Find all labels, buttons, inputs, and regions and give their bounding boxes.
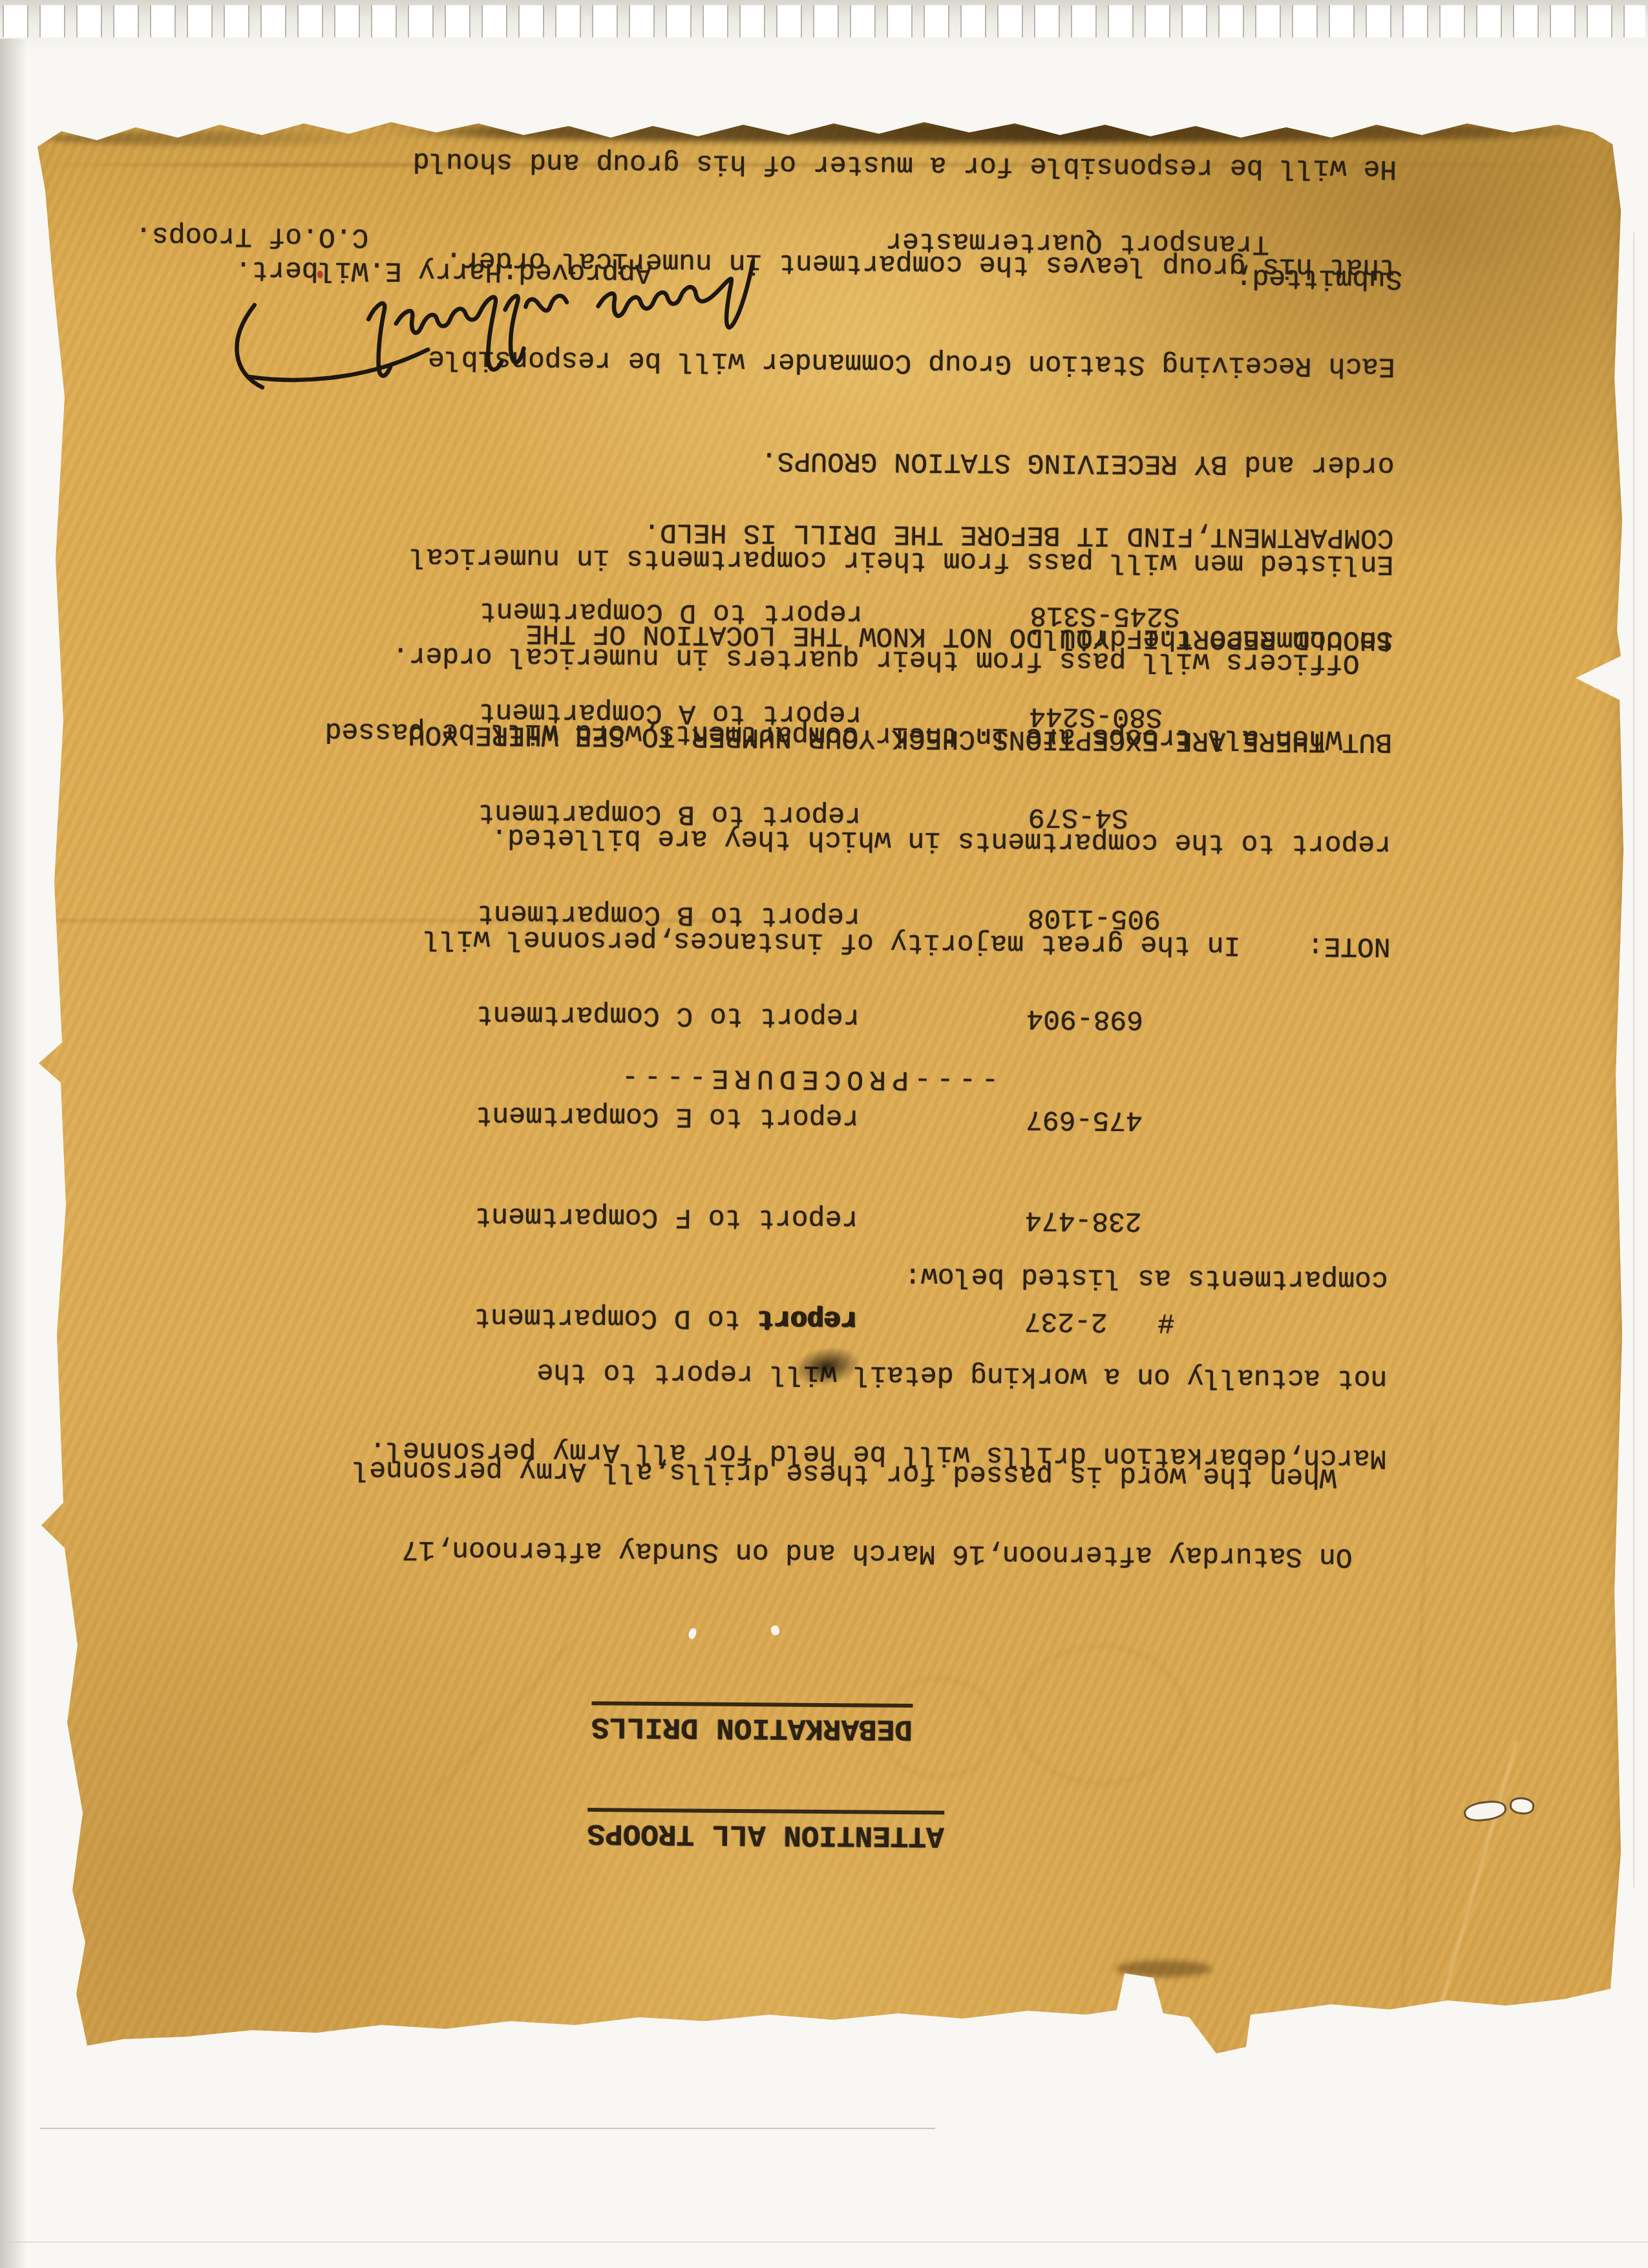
table-row: 475-697 report to E Compartment xyxy=(476,1097,1176,1138)
sleeve-binding-strip xyxy=(0,0,1648,49)
text-line: report to the compartments in which they… xyxy=(407,818,1391,862)
text-line: He will be responsible for a muster of h… xyxy=(279,143,1397,185)
table-row: # 2-237 report to D Compartment xyxy=(474,1299,1174,1340)
sleeve-crease-line xyxy=(40,2128,935,2129)
text-line: When the word is passed for these drills… xyxy=(352,1453,1386,1494)
binding-perforations xyxy=(3,5,1645,37)
procedure-heading: ----PROCEDURE---- xyxy=(616,1061,998,1097)
memo-title: ATTENTION ALL TROOPS xyxy=(587,1816,944,1852)
memo-subtitle: DEBARKATION DRILLS xyxy=(591,1710,913,1746)
table-row: 238-474 report to F Compartment xyxy=(474,1198,1175,1239)
sleeve-left-shadow xyxy=(0,39,27,2268)
row-range: # 2-237 xyxy=(858,1304,1175,1338)
scanned-page: ATTENTION ALL TROOPS DEBARKATION DRILLS … xyxy=(0,0,1648,2268)
text-line: NOTE: In the great majority of instances… xyxy=(407,920,1391,964)
row-destination: to D Compartment xyxy=(474,1301,757,1335)
text-line: Enlisted men will pass from their compar… xyxy=(276,539,1393,581)
sleeve-right-line xyxy=(1633,233,1634,1887)
text-line: not allow his group to leave its compart… xyxy=(280,45,1397,87)
text-line: order and BY RECEIVING STATION GROUPS. xyxy=(277,440,1395,482)
sleeve-bottom-line xyxy=(0,2242,1648,2243)
aged-paper-sheet: ATTENTION ALL TROOPS DEBARKATION DRILLS … xyxy=(26,107,1629,2065)
memo-subtitle-text: DEBARKATION DRILLS xyxy=(591,1701,913,1746)
text-line: Officers will pass from their quarters i… xyxy=(275,638,1393,680)
memo-document: ATTENTION ALL TROOPS DEBARKATION DRILLS … xyxy=(18,100,1636,2071)
memo-title-text: ATTENTION ALL TROOPS xyxy=(587,1808,945,1852)
row-overstruck-word: report xyxy=(757,1303,858,1335)
